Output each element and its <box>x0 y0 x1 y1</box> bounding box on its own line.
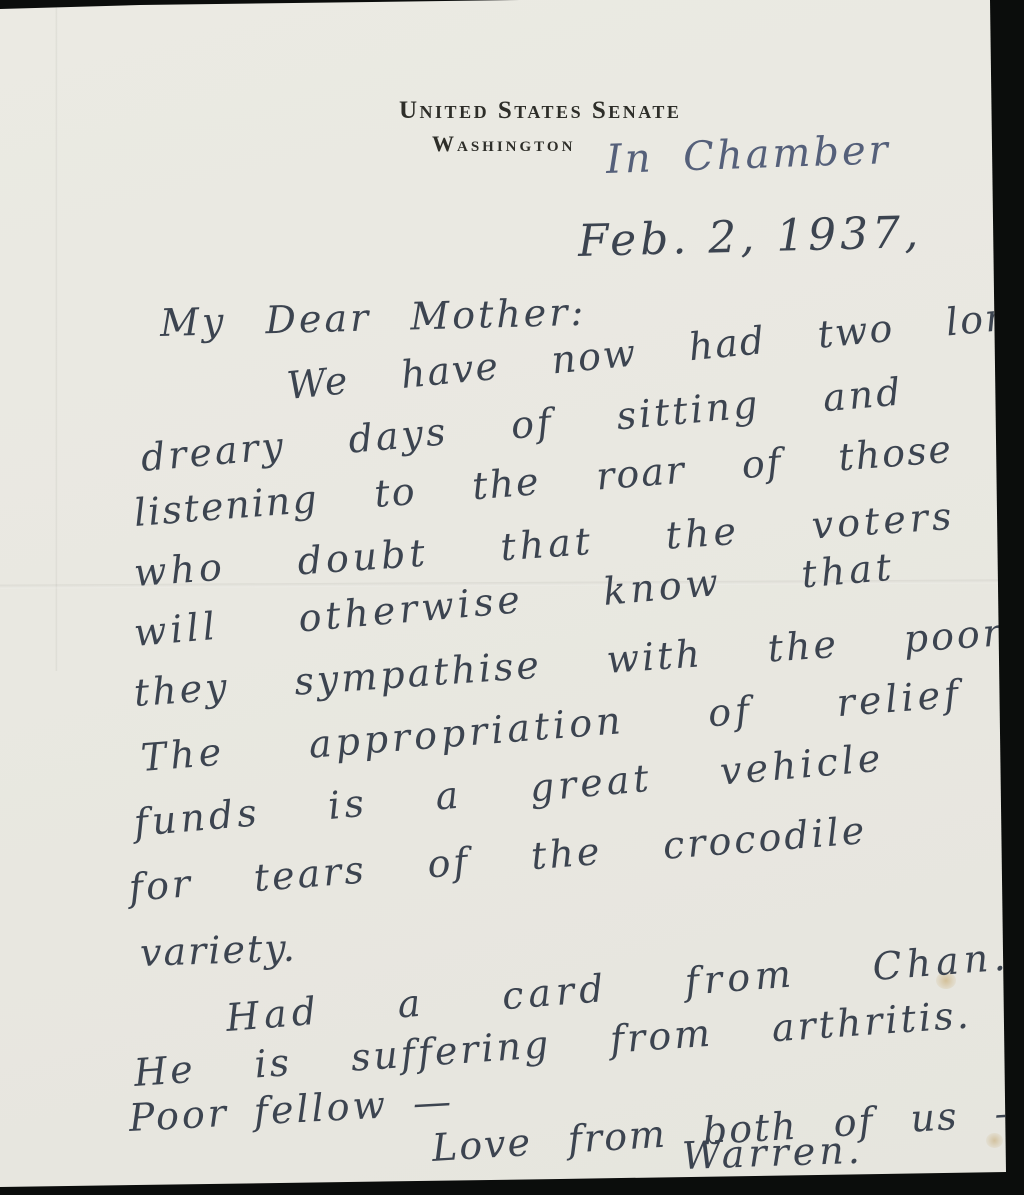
scan-background: United States Senate Washington In Chamb… <box>0 0 1024 1195</box>
signature: Warren. <box>681 1131 864 1175</box>
letter-date: Feb. 2, 1937, <box>577 211 922 264</box>
salutation: My Dear Mother: <box>160 293 587 342</box>
letter-paper: United States Senate Washington In Chamb… <box>0 0 1024 1195</box>
chamber-note: In Chamber <box>605 130 891 180</box>
letterhead-line2: Washington <box>432 131 575 157</box>
letterhead-line1: United States Senate <box>399 97 681 125</box>
fold-crease-vertical <box>55 6 58 671</box>
letter-body-line: variety. <box>139 929 297 972</box>
